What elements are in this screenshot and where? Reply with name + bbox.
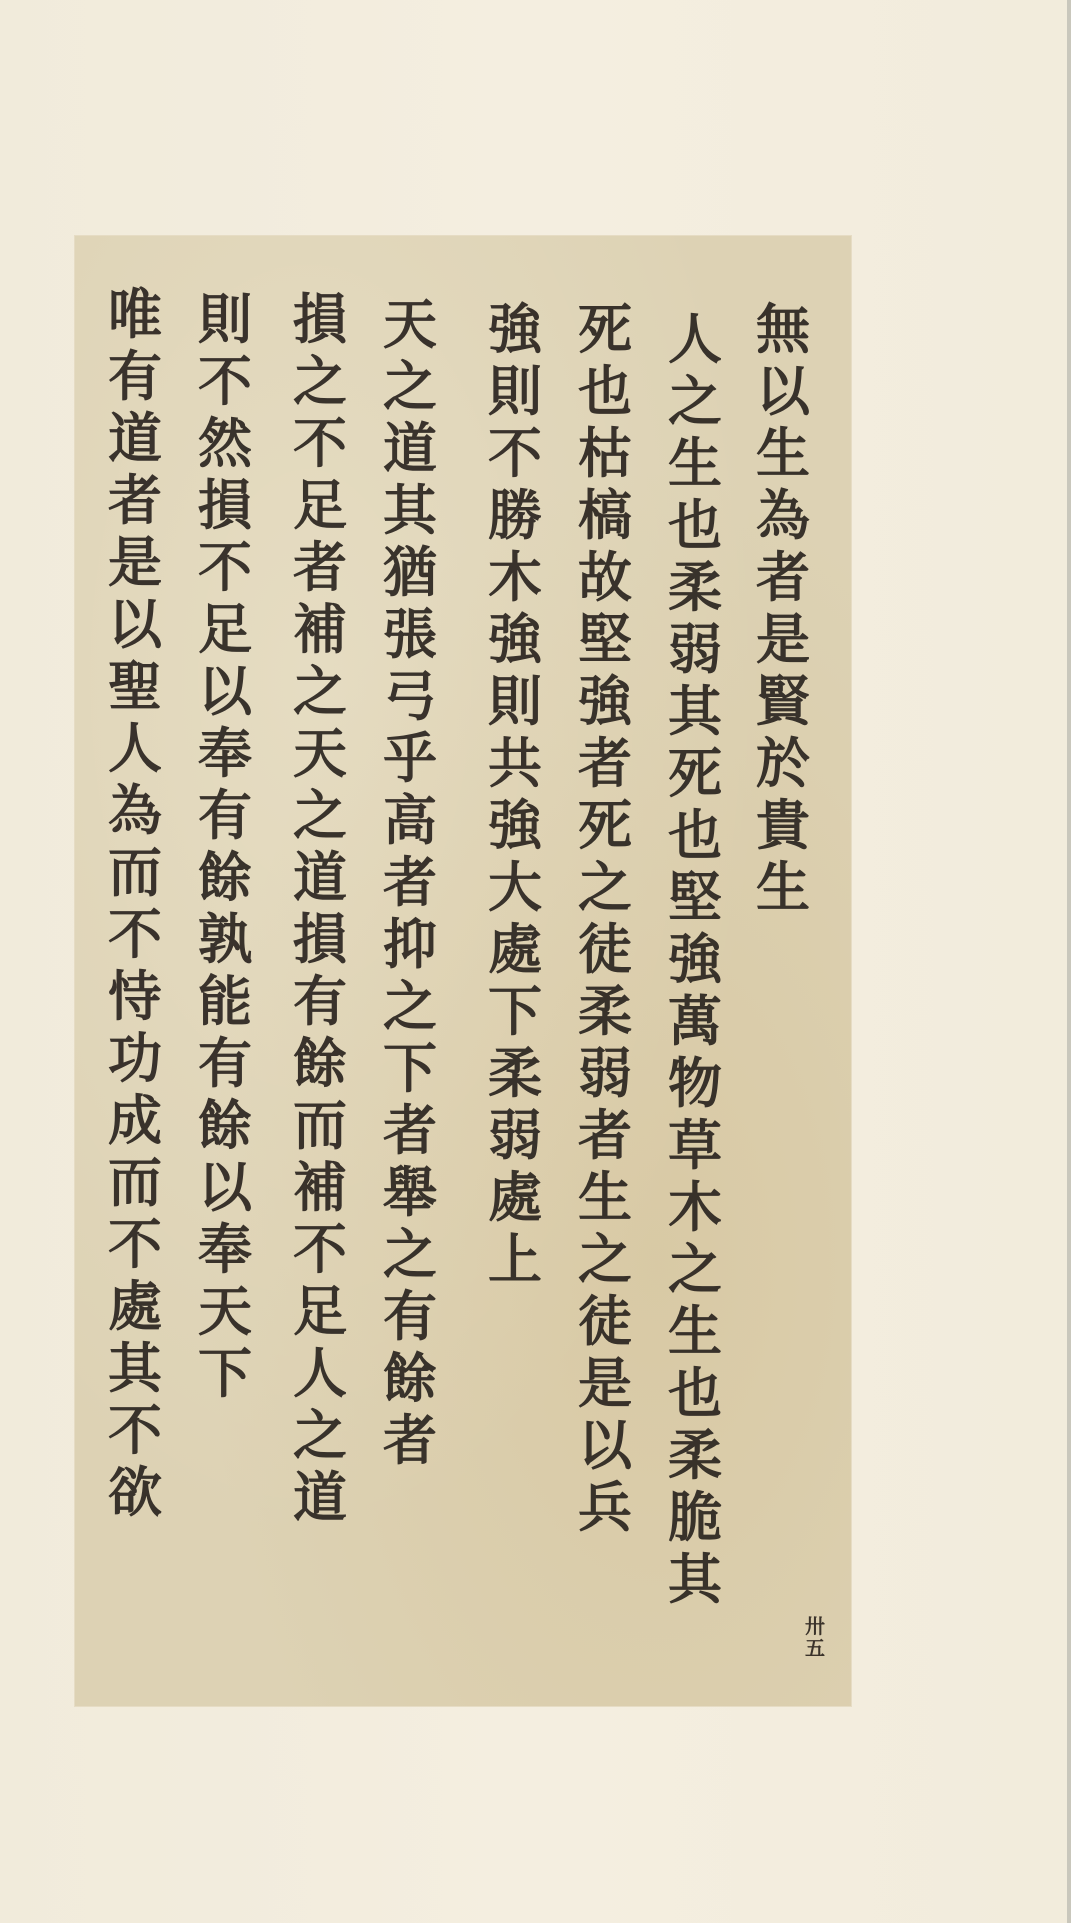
calligraphy-character: 其 [652, 680, 738, 742]
calligraphy-character: 草 [652, 1114, 738, 1176]
calligraphy-character: 也 [652, 804, 738, 866]
calligraphy-character: 柔 [652, 1424, 738, 1486]
calligraphy-character: 之 [277, 350, 363, 412]
calligraphy-character: 脆 [652, 1486, 738, 1548]
calligraphy-character: 成 [92, 1089, 178, 1151]
calligraphy-character: 功 [92, 1027, 178, 1089]
calligraphy-character: 人 [92, 717, 178, 779]
calligraphy-character: 之 [277, 1404, 363, 1466]
calligraphy-character: 處 [472, 918, 558, 980]
calligraphy-character: 弓 [367, 665, 453, 727]
text-column-6: 損之不足者補之天之道損有餘而補不足人之道 [277, 288, 363, 1528]
calligraphy-character: 猶 [367, 541, 453, 603]
calligraphy-character: 餘 [367, 1347, 453, 1409]
calligraphy-panel: 無以生為者是賢於貴生 人之生也柔弱其死也堅強萬物草木之生也柔脆其 死也枯槁故堅強… [75, 236, 851, 1706]
calligraphy-character: 道 [277, 1466, 363, 1528]
calligraphy-character: 徒 [562, 918, 648, 980]
calligraphy-character: 故 [562, 546, 648, 608]
calligraphy-character: 枯 [562, 422, 648, 484]
calligraphy-character: 弱 [652, 618, 738, 680]
calligraphy-character: 強 [472, 608, 558, 670]
manuscript-page: 無以生為者是賢於貴生 人之生也柔弱其死也堅強萬物草木之生也柔脆其 死也枯槁故堅強… [0, 0, 1071, 1923]
calligraphy-character: 木 [652, 1176, 738, 1238]
calligraphy-character: 之 [367, 975, 453, 1037]
calligraphy-character: 道 [92, 407, 178, 469]
calligraphy-character: 為 [92, 779, 178, 841]
calligraphy-character: 柔 [472, 1042, 558, 1104]
calligraphy-character: 堅 [562, 608, 648, 670]
calligraphy-character: 而 [92, 1151, 178, 1213]
calligraphy-character: 以 [182, 660, 268, 722]
calligraphy-character: 下 [472, 980, 558, 1042]
calligraphy-character: 處 [472, 1166, 558, 1228]
calligraphy-character: 上 [472, 1228, 558, 1290]
calligraphy-character: 補 [277, 1156, 363, 1218]
calligraphy-character: 有 [182, 784, 268, 846]
calligraphy-character: 生 [652, 432, 738, 494]
calligraphy-character: 者 [367, 851, 453, 913]
calligraphy-character: 生 [740, 422, 826, 484]
calligraphy-character: 天 [182, 1280, 268, 1342]
calligraphy-character: 死 [562, 298, 648, 360]
calligraphy-character: 能 [182, 970, 268, 1032]
calligraphy-character: 之 [277, 784, 363, 846]
calligraphy-character: 也 [652, 1362, 738, 1424]
calligraphy-character: 不 [182, 350, 268, 412]
calligraphy-character: 不 [277, 1218, 363, 1280]
text-column-8: 唯有道者是以聖人為而不恃功成而不處其不欲 [92, 283, 178, 1523]
calligraphy-character: 之 [652, 1238, 738, 1300]
calligraphy-character: 損 [277, 288, 363, 350]
calligraphy-character: 聖 [92, 655, 178, 717]
calligraphy-character: 為 [740, 484, 826, 546]
page-number-char-2: 五 [805, 1637, 825, 1659]
page-number-char-1: 卅 [805, 1615, 825, 1637]
calligraphy-character: 柔 [562, 980, 648, 1042]
calligraphy-character: 道 [367, 417, 453, 479]
calligraphy-character: 是 [562, 1352, 648, 1414]
calligraphy-character: 則 [472, 670, 558, 732]
calligraphy-character: 者 [367, 1409, 453, 1471]
calligraphy-character: 有 [367, 1285, 453, 1347]
calligraphy-character: 弱 [472, 1104, 558, 1166]
calligraphy-character: 強 [472, 298, 558, 360]
calligraphy-character: 以 [740, 360, 826, 422]
text-column-1: 無以生為者是賢於貴生 [740, 298, 826, 918]
calligraphy-character: 也 [652, 494, 738, 556]
calligraphy-character: 下 [182, 1342, 268, 1404]
calligraphy-character: 是 [740, 608, 826, 670]
calligraphy-character: 則 [472, 360, 558, 422]
calligraphy-character: 道 [277, 846, 363, 908]
calligraphy-character: 萬 [652, 990, 738, 1052]
calligraphy-character: 其 [92, 1337, 178, 1399]
calligraphy-character: 有 [182, 1032, 268, 1094]
calligraphy-character: 者 [277, 536, 363, 598]
calligraphy-character: 不 [182, 536, 268, 598]
calligraphy-character: 餘 [277, 1032, 363, 1094]
calligraphy-character: 死 [562, 794, 648, 856]
calligraphy-character: 之 [562, 1228, 648, 1290]
calligraphy-character: 奉 [182, 722, 268, 784]
calligraphy-character: 損 [277, 908, 363, 970]
calligraphy-character: 者 [92, 469, 178, 531]
calligraphy-character: 強 [652, 928, 738, 990]
calligraphy-character: 天 [367, 293, 453, 355]
calligraphy-character: 欲 [92, 1461, 178, 1523]
calligraphy-character: 以 [562, 1414, 648, 1476]
calligraphy-character: 木 [472, 546, 558, 608]
calligraphy-character: 之 [367, 1223, 453, 1285]
calligraphy-character: 勝 [472, 484, 558, 546]
calligraphy-character: 強 [562, 670, 648, 732]
text-column-5: 天之道其猶張弓乎高者抑之下者舉之有餘者 [367, 293, 453, 1471]
text-column-2: 人之生也柔弱其死也堅強萬物草木之生也柔脆其 [652, 308, 738, 1610]
calligraphy-character: 餘 [182, 846, 268, 908]
calligraphy-character: 之 [652, 370, 738, 432]
calligraphy-character: 唯 [92, 283, 178, 345]
calligraphy-character: 則 [182, 288, 268, 350]
calligraphy-character: 槁 [562, 484, 648, 546]
calligraphy-character: 不 [472, 422, 558, 484]
calligraphy-character: 之 [367, 355, 453, 417]
calligraphy-character: 柔 [652, 556, 738, 618]
calligraphy-character: 兵 [562, 1476, 648, 1538]
text-column-3: 死也枯槁故堅強者死之徒柔弱者生之徒是以兵 [562, 298, 648, 1538]
calligraphy-character: 物 [652, 1052, 738, 1114]
calligraphy-character: 堅 [652, 866, 738, 928]
calligraphy-character: 於 [740, 732, 826, 794]
calligraphy-character: 徒 [562, 1290, 648, 1352]
calligraphy-character: 弱 [562, 1042, 648, 1104]
calligraphy-character: 餘 [182, 1094, 268, 1156]
calligraphy-character: 處 [92, 1275, 178, 1337]
page-edge [1067, 0, 1071, 1923]
calligraphy-character: 貴 [740, 794, 826, 856]
calligraphy-character: 也 [562, 360, 648, 422]
calligraphy-character: 強 [472, 794, 558, 856]
calligraphy-character: 然 [182, 412, 268, 474]
calligraphy-character: 乎 [367, 727, 453, 789]
calligraphy-character: 不 [92, 1213, 178, 1275]
calligraphy-character: 損 [182, 474, 268, 536]
calligraphy-character: 天 [277, 722, 363, 784]
calligraphy-character: 者 [740, 546, 826, 608]
calligraphy-character: 以 [92, 593, 178, 655]
calligraphy-character: 大 [472, 856, 558, 918]
calligraphy-character: 之 [277, 660, 363, 722]
calligraphy-character: 死 [652, 742, 738, 804]
calligraphy-character: 生 [562, 1166, 648, 1228]
text-column-7: 則不然損不足以奉有餘孰能有餘以奉天下 [182, 288, 268, 1404]
calligraphy-character: 恃 [92, 965, 178, 1027]
calligraphy-character: 奉 [182, 1218, 268, 1280]
calligraphy-character: 抑 [367, 913, 453, 975]
calligraphy-character: 補 [277, 598, 363, 660]
calligraphy-character: 人 [652, 308, 738, 370]
calligraphy-character: 有 [92, 345, 178, 407]
calligraphy-character: 舉 [367, 1161, 453, 1223]
calligraphy-character: 無 [740, 298, 826, 360]
calligraphy-character: 人 [277, 1342, 363, 1404]
calligraphy-character: 生 [740, 856, 826, 918]
calligraphy-character: 張 [367, 603, 453, 665]
calligraphy-character: 賢 [740, 670, 826, 732]
calligraphy-character: 足 [182, 598, 268, 660]
calligraphy-character: 之 [562, 856, 648, 918]
calligraphy-character: 孰 [182, 908, 268, 970]
calligraphy-character: 而 [92, 841, 178, 903]
text-column-4: 強則不勝木強則共強大處下柔弱處上 [472, 298, 558, 1290]
calligraphy-character: 不 [277, 412, 363, 474]
calligraphy-character: 者 [562, 1104, 648, 1166]
calligraphy-character: 是 [92, 531, 178, 593]
calligraphy-character: 足 [277, 1280, 363, 1342]
calligraphy-character: 足 [277, 474, 363, 536]
calligraphy-character: 不 [92, 1399, 178, 1461]
calligraphy-character: 共 [472, 732, 558, 794]
calligraphy-character: 下 [367, 1037, 453, 1099]
calligraphy-character: 不 [92, 903, 178, 965]
calligraphy-character: 有 [277, 970, 363, 1032]
calligraphy-character: 生 [652, 1300, 738, 1362]
calligraphy-character: 其 [652, 1548, 738, 1610]
calligraphy-character: 高 [367, 789, 453, 851]
page-number: 卅 五 [795, 1615, 835, 1659]
calligraphy-character: 者 [367, 1099, 453, 1161]
calligraphy-character: 以 [182, 1156, 268, 1218]
calligraphy-character: 而 [277, 1094, 363, 1156]
calligraphy-character: 其 [367, 479, 453, 541]
calligraphy-character: 者 [562, 732, 648, 794]
